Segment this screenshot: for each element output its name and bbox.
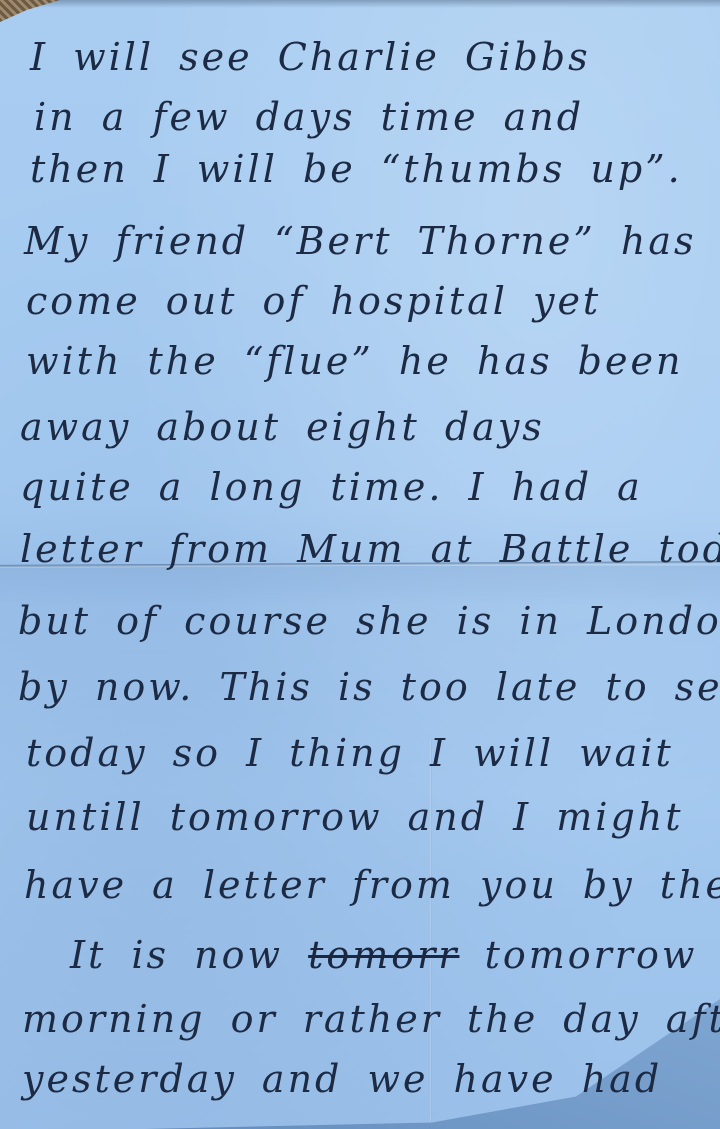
letter-line-1: I will see Charlie Gibbs	[30, 38, 591, 76]
handwritten-letter: I will see Charlie Gibbs in a few days t…	[0, 0, 720, 1129]
letter-line-3: then I will be “thumbs up”.	[30, 150, 683, 188]
struck-out-word: tomorr	[308, 933, 459, 977]
letter-line-12: today so I thing I will wait	[26, 734, 674, 772]
letter-line-10: but of course she is in London	[18, 602, 720, 640]
line-15-start: It is now	[70, 933, 283, 977]
letter-line-17: yesterday and we have had	[22, 1060, 662, 1098]
letter-line-8: quite a long time. I had a	[20, 468, 643, 506]
letter-line-11: by now. This is too late to send	[18, 668, 720, 706]
letter-line-6: with the “flue” he has been	[26, 342, 683, 380]
letter-line-7: away about eight days	[20, 408, 545, 446]
letter-line-5: come out of hospital yet	[26, 282, 601, 320]
letter-line-16: morning or rather the day after	[22, 1000, 720, 1038]
line-15-end: tomorrow	[485, 933, 698, 977]
letter-line-13: untill tomorrow and I might	[26, 798, 684, 836]
letter-line-14: have a letter from you by then.	[24, 866, 720, 904]
letter-line-2: in a few days time and	[34, 98, 584, 136]
letter-line-4: My friend “Bert Thorne” has not	[24, 222, 720, 260]
letter-line-15: It is now tomorr tomorrow	[70, 936, 697, 974]
letter-line-9: letter from Mum at Battle today	[20, 530, 720, 568]
